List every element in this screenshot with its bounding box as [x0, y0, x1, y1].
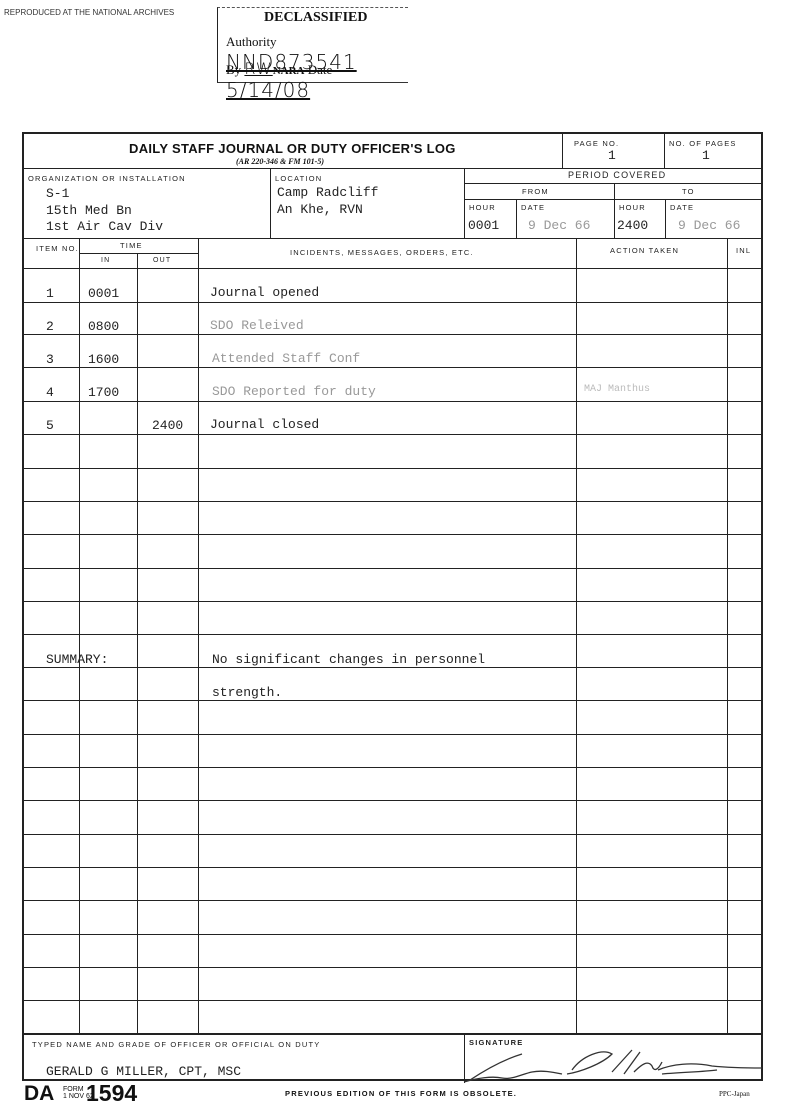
- period-covered-label: PERIOD COVERED: [568, 170, 666, 180]
- incidents-header: INCIDENTS, MESSAGES, ORDERS, ETC.: [290, 248, 474, 257]
- date-label: Date: [308, 62, 333, 77]
- row-divider: [24, 834, 761, 835]
- organization-label: ORGANIZATION OR INSTALLATION: [28, 174, 186, 183]
- row-divider: [24, 401, 761, 402]
- organization-line-2: 15th Med Bn: [46, 203, 132, 218]
- row-divider: [24, 268, 761, 269]
- row-divider: [24, 1000, 761, 1001]
- entry-item-no: 4: [46, 385, 54, 400]
- row-divider: [24, 568, 761, 569]
- signature-scribble: [462, 1042, 762, 1084]
- inl-header: INL: [736, 246, 751, 255]
- officer-name-value: GERALD G MILLER, CPT, MSC: [46, 1064, 241, 1079]
- entry-item-no: 2: [46, 319, 54, 334]
- row-divider: [24, 667, 761, 668]
- item-no-header: ITEM NO.: [36, 244, 79, 253]
- entry-incident: Attended Staff Conf: [212, 351, 360, 366]
- entry-incident: SDO Reported for duty: [212, 384, 376, 399]
- entry-time-in: 1700: [88, 385, 119, 400]
- row-divider: [24, 867, 761, 868]
- time-in-header: IN: [101, 257, 110, 264]
- archive-header: REPRODUCED AT THE NATIONAL ARCHIVES: [4, 8, 174, 17]
- location-label: LOCATION: [275, 174, 322, 183]
- row-divider: [24, 900, 761, 901]
- printer-mark: PPC-Japan: [719, 1090, 750, 1098]
- stamp-title: DECLASSIFIED: [264, 10, 367, 26]
- row-divider: [24, 334, 761, 335]
- organization-line-1: S-1: [46, 186, 69, 201]
- location-line-2: An Khe, RVN: [277, 202, 363, 217]
- from-label: FROM: [522, 187, 549, 196]
- form-subtitle: (AR 220-346 & FM 101-5): [236, 157, 324, 166]
- entry-time-out: 2400: [152, 418, 183, 433]
- from-hour-value: 0001: [468, 218, 499, 233]
- time-header: TIME: [120, 241, 143, 250]
- to-label: TO: [682, 187, 695, 196]
- row-divider: [24, 468, 761, 469]
- page-no-value: 1: [608, 148, 616, 163]
- row-divider: [24, 934, 761, 935]
- entry-time-in: 1600: [88, 352, 119, 367]
- stamp-by-row: By RWNARA Date 5/14/08: [226, 59, 408, 102]
- from-hour-label: HOUR: [469, 203, 496, 212]
- by-value: RW: [244, 59, 272, 78]
- page-no-label: PAGE NO.: [574, 139, 619, 148]
- row-divider: [24, 534, 761, 535]
- entry-item-no: 5: [46, 418, 54, 433]
- form-title: DAILY STAFF JOURNAL OR DUTY OFFICER'S LO…: [129, 141, 456, 156]
- row-divider: [24, 734, 761, 735]
- row-divider: [24, 367, 761, 368]
- summary-line-2: strength.: [212, 685, 282, 700]
- row-divider: [24, 501, 761, 502]
- summary-label: SUMMARY:: [46, 652, 108, 667]
- declassified-stamp: DECLASSIFIED Authority NND873541 By RWNA…: [217, 7, 408, 83]
- action-header: ACTION TAKEN: [610, 246, 679, 255]
- row-divider: [24, 601, 761, 602]
- no-of-pages-label: NO. OF PAGES: [669, 139, 737, 148]
- entry-incident: SDO Releived: [210, 318, 304, 333]
- form-number: 1594: [86, 1080, 137, 1107]
- row-divider: [24, 634, 761, 635]
- entry-incident: Journal opened: [210, 285, 319, 300]
- from-date-label: DATE: [521, 203, 545, 212]
- to-date-label: DATE: [670, 203, 694, 212]
- authority-label: Authority: [226, 34, 277, 49]
- previous-edition-notice: PREVIOUS EDITION OF THIS FORM IS OBSOLET…: [285, 1089, 517, 1098]
- nara-label: NARA: [273, 65, 305, 77]
- staff-journal-form: DAILY STAFF JOURNAL OR DUTY OFFICER'S LO…: [22, 132, 763, 1081]
- row-divider: [24, 967, 761, 968]
- officer-name-label: TYPED NAME AND GRADE OF OFFICER OR OFFIC…: [32, 1040, 320, 1049]
- summary-line-1: No significant changes in personnel: [212, 652, 485, 667]
- row-divider: [24, 767, 761, 768]
- from-date-value: 9 Dec 66: [528, 218, 590, 233]
- entry-item-no: 3: [46, 352, 54, 367]
- entry-item-no: 1: [46, 286, 54, 301]
- row-divider: [24, 800, 761, 801]
- time-out-header: OUT: [153, 257, 171, 264]
- entry-time-in: 0800: [88, 319, 119, 334]
- row-divider: [24, 302, 761, 303]
- date-value: 5/14/08: [226, 78, 310, 102]
- footer-da: DA: [24, 1082, 54, 1106]
- by-label: By: [226, 62, 241, 77]
- to-date-value: 9 Dec 66: [678, 218, 740, 233]
- row-divider: [24, 700, 761, 701]
- entry-action: MAJ Manthus: [584, 384, 650, 395]
- location-line-1: Camp Radcliff: [277, 185, 378, 200]
- entry-time-in: 0001: [88, 286, 119, 301]
- organization-line-3: 1st Air Cav Div: [46, 219, 163, 234]
- to-hour-value: 2400: [617, 218, 648, 233]
- entry-incident: Journal closed: [210, 417, 319, 432]
- to-hour-label: HOUR: [619, 203, 646, 212]
- row-divider: [24, 434, 761, 435]
- no-of-pages-value: 1: [702, 148, 710, 163]
